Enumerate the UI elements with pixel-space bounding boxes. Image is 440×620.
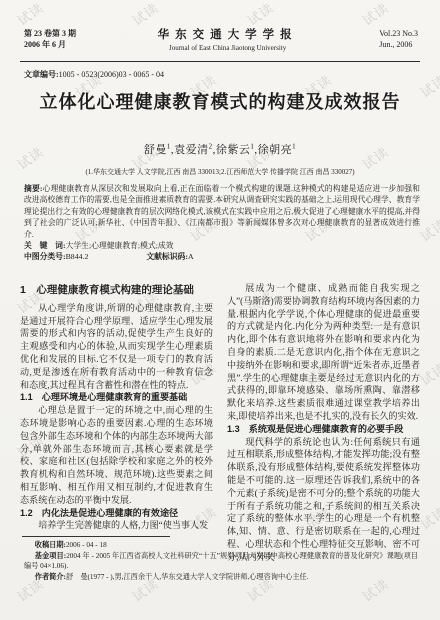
abstract-text: 摘要:心理健康教育从深层次和发展取向上看,正在面临着一个模式构建的课题.这种模式… bbox=[24, 183, 420, 240]
article-body: 1 心理健康教育模式构建的理论基础 从心理学角度讲,所谓的心理健康教育,主要是通… bbox=[20, 282, 420, 562]
footnote-divider bbox=[22, 536, 170, 537]
authors-line: 舒曼1,袁爱清2,徐紫云1,徐朝亮1 bbox=[0, 141, 440, 157]
watermark-text: 试读 bbox=[243, 0, 277, 29]
author-name: 徐朝亮 bbox=[258, 144, 293, 156]
clc-value: B844.2 bbox=[66, 252, 89, 261]
paragraph: 从心理学角度讲,所谓的心理健康教育,主要是通过开展符合心理学原理、适应学生心理发… bbox=[20, 302, 213, 392]
keywords-label: 关 键 词: bbox=[24, 241, 66, 250]
received-value: 2006 - 04 - 18 bbox=[66, 541, 107, 549]
affiliation-line: (1.华东交通大学 人文学院,江西 南昌 330013;2.江西师范大学 传播学… bbox=[0, 167, 440, 177]
author-name: 舒曼 bbox=[144, 144, 167, 156]
header-divider bbox=[20, 61, 420, 62]
received-label: 收稿日期: bbox=[35, 541, 66, 549]
fund-project-line: 基金项目:2004 年 - 2005 年江西省高校人文社科研究“十五”规划项目《… bbox=[24, 551, 418, 572]
author-name: 袁爱清 bbox=[174, 144, 209, 156]
issue-month-en: Jun., 2006 bbox=[379, 39, 418, 50]
fund-label: 基金项目: bbox=[35, 552, 66, 560]
abstract-body: 心理健康教育从深层次和发展取向上看,正在面临着一个模式构建的课题.这种模式的构建… bbox=[24, 184, 420, 239]
issue-info: 第 23 卷第 3 期 2006 年 6 月 bbox=[24, 28, 76, 50]
article-number-label: 文章编号: bbox=[24, 70, 59, 79]
article-title: 立体化心理健康教育模式的构建及成效报告 bbox=[8, 88, 432, 114]
doc-code-value: A bbox=[188, 252, 194, 261]
abstract-block: 摘要:心理健康教育从深层次和发展取向上看,正在面临着一个模式构建的课题.这种模式… bbox=[24, 183, 420, 263]
fund-value: 2004 年 - 2005 年江西省高校人文社科研究“十五”规划项目《发展中高校… bbox=[24, 552, 418, 571]
bio-label: 作者简介: bbox=[35, 573, 66, 581]
doc-code-label: 文献标识码: bbox=[146, 252, 188, 261]
volume-number: Vol.23 No.3 bbox=[379, 28, 418, 39]
author-bio-line: 作者简介:舒 曼(1977 - ),男,江西余干人,华东交通大学人文学院讲师,心… bbox=[24, 572, 418, 583]
paragraph: 培养学生完善健康的人格,力图“使当事人发 bbox=[20, 519, 213, 532]
issue-date: 2006 年 6 月 bbox=[24, 39, 76, 50]
clc-label: 中图分类号: bbox=[24, 252, 66, 261]
footnote-block: 收稿日期:2006 - 04 - 18 基金项目:2004 年 - 2005 年… bbox=[24, 536, 418, 582]
issue-volume: 第 23 卷第 3 期 bbox=[24, 28, 76, 39]
paragraph: 展成为一个健康、成熟而能自我实现之人”(马斯洛)需要协调教育结构环境内各因素的力… bbox=[227, 282, 420, 423]
article-number-value: 1005 - 0523(2006)03 - 0065 - 04 bbox=[59, 70, 164, 79]
author: 徐紫云1, bbox=[216, 144, 258, 156]
subsection-heading-1-2: 1.2 内化法是促进心理健康的有效途径 bbox=[20, 507, 213, 520]
section-heading-1: 1 心理健康教育模式构建的理论基础 bbox=[20, 284, 213, 297]
watermark-text: 试读 bbox=[128, 0, 162, 29]
classification-line: 中图分类号:B844.2文献标识码:A bbox=[24, 251, 420, 262]
author: 袁爱清2, bbox=[174, 144, 216, 156]
abstract-label: 摘要: bbox=[24, 184, 42, 193]
bio-value: 舒 曼(1977 - ),男,江西余干人,华东交通大学人文学院讲师,心理咨询中心… bbox=[66, 573, 309, 581]
author-affil-mark: 1 bbox=[292, 142, 296, 150]
keywords-line: 关 键 词:大学生;心理健康教育;模式;成效 bbox=[24, 240, 420, 251]
author: 徐朝亮1 bbox=[258, 144, 297, 156]
right-column: 展成为一个健康、成熟而能自我实现之人”(马斯洛)需要协调教育结构环境内各因素的力… bbox=[227, 282, 420, 562]
watermark-text: 试读 bbox=[13, 0, 47, 29]
keywords-value: 大学生;心理健康教育;模式;成效 bbox=[66, 241, 174, 250]
journal-header: 第 23 卷第 3 期 2006 年 6 月 华东交通大学学报 Journal … bbox=[24, 26, 418, 52]
journal-title-en: Journal of East China Jiaotong Universit… bbox=[76, 44, 379, 52]
received-date-line: 收稿日期:2006 - 04 - 18 bbox=[24, 540, 418, 551]
journal-title-cn: 华东交通大学学报 bbox=[76, 26, 379, 42]
journal-page: 试读试读试读试读试读试读试读试读试读试读试读试读试读试读试读试读试读试读试读试读… bbox=[0, 0, 440, 620]
left-column: 1 心理健康教育模式构建的理论基础 从心理学角度讲,所谓的心理健康教育,主要是通… bbox=[20, 282, 213, 562]
subsection-heading-1-3: 1.3 系统观是促进心理健康教育的必要手段 bbox=[227, 423, 420, 436]
watermark-text: 试读 bbox=[358, 0, 392, 29]
author: 舒曼1, bbox=[144, 144, 174, 156]
paragraph: 心理总是置于一定的环境之中,而心理的生态环境是影响心态的重要因素.心理的生态环境… bbox=[20, 404, 213, 506]
journal-title-block: 华东交通大学学报 Journal of East China Jiaotong … bbox=[76, 26, 379, 52]
article-number: 文章编号:1005 - 0523(2006)03 - 0065 - 04 bbox=[24, 69, 164, 80]
subsection-heading-1-1: 1.1 心理环境是心理健康教育的重要基础 bbox=[20, 391, 213, 404]
author-name: 徐紫云 bbox=[216, 144, 251, 156]
volume-info: Vol.23 No.3 Jun., 2006 bbox=[379, 28, 418, 50]
